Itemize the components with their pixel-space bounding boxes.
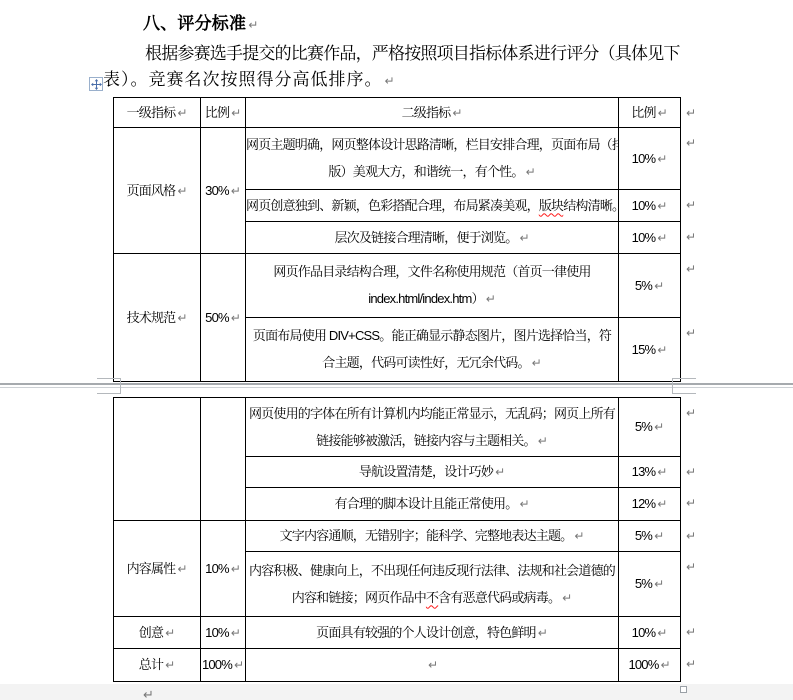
- paragraph-mark-icon: ↵: [686, 465, 696, 479]
- paragraph-mark-icon: ↵: [526, 165, 536, 179]
- paragraph-mark-icon: ↵: [452, 106, 462, 120]
- level1-weight-cell[interactable]: [201, 398, 246, 521]
- level2-indicator-cell[interactable]: 层次及链接合理清晰，便于浏览。↵: [246, 222, 619, 254]
- level1-indicator-cell[interactable]: 页面风格↵: [114, 128, 201, 254]
- row-end-mark: ↵: [681, 222, 703, 254]
- paragraph-mark-icon: ↵: [686, 406, 696, 420]
- paragraph-mark-icon: ↵: [657, 199, 667, 213]
- paragraph-mark-icon: ↵: [177, 562, 187, 576]
- paragraph-mark-icon: ↵: [486, 292, 496, 306]
- paragraph-mark-icon: ↵: [686, 326, 696, 340]
- paragraph-mark-icon: ↵: [385, 74, 395, 88]
- paragraph-mark-icon: ↵: [657, 465, 667, 479]
- paragraph-mark-icon: ↵: [248, 18, 258, 32]
- paragraph-mark-icon: ↵: [654, 529, 664, 543]
- level2-indicator-cell[interactable]: ↵: [246, 649, 619, 682]
- paragraph-mark-icon: ↵: [657, 343, 667, 357]
- level2-weight-cell[interactable]: 13%↵: [619, 457, 681, 488]
- page-bottom-area: [0, 684, 793, 700]
- level2-weight-cell[interactable]: 15%↵: [619, 318, 681, 382]
- paragraph-mark-icon: ↵: [657, 152, 667, 166]
- section-heading[interactable]: 八、评分标准↵: [143, 9, 258, 34]
- level1-weight-cell[interactable]: 30%↵: [201, 128, 246, 254]
- paragraph-mark-icon: ↵: [686, 106, 696, 120]
- paragraph-mark-icon: ↵: [657, 626, 667, 640]
- paragraph-mark-icon: ↵: [177, 311, 187, 325]
- header-cell[interactable]: 二级指标↵: [246, 98, 619, 128]
- paragraph-mark-icon: ↵: [661, 658, 671, 672]
- header-cell[interactable]: 比例↵: [619, 98, 681, 128]
- table-row: 创意↵10%↵页面具有较强的个人设计创意，特色鲜明↵10%↵↵: [114, 617, 703, 649]
- scoring-table-page1: 一级指标↵比例↵二级指标↵比例↵↵页面风格↵30%↵网页主题明确，网页整体设计思…: [113, 97, 703, 382]
- level1-indicator-cell[interactable]: 总计↵: [114, 649, 201, 682]
- paragraph-mark-icon: ↵: [231, 311, 241, 325]
- level2-weight-cell[interactable]: 12%↵: [619, 488, 681, 521]
- paragraph-mark-icon: ↵: [686, 230, 696, 244]
- intro-paragraph-line2[interactable]: 表）。竞赛名次按照得分高低排序。↵: [103, 65, 395, 90]
- section-heading-text: 八、评分标准: [143, 14, 246, 33]
- row-end-mark: ↵: [681, 552, 703, 617]
- row-end-mark: ↵: [681, 254, 703, 318]
- level2-indicator-cell[interactable]: 导航设置清楚，设计巧妙↵: [246, 457, 619, 488]
- level2-weight-cell[interactable]: 5%↵: [619, 552, 681, 617]
- row-end-mark: ↵: [681, 488, 703, 521]
- page-margin-mark-left: [97, 378, 121, 394]
- table-row: 技术规范↵50%↵网页作品目录结构合理，文件名称使用规范（首页一律使用index…: [114, 254, 703, 318]
- row-end-mark: ↵: [681, 190, 703, 222]
- paragraph-mark-icon: ↵: [686, 496, 696, 510]
- level2-indicator-cell[interactable]: 网页作品目录结构合理，文件名称使用规范（首页一律使用index.html/ind…: [246, 254, 619, 318]
- paragraph-mark-icon: ↵: [562, 591, 572, 605]
- level2-weight-cell[interactable]: 10%↵: [619, 222, 681, 254]
- row-end-mark: ↵: [681, 128, 703, 190]
- table-move-handle[interactable]: [89, 77, 103, 91]
- level2-indicator-cell[interactable]: 文字内容通顺，无错别字；能科学、完整地表达主题。↵: [246, 521, 619, 552]
- table-resize-handle[interactable]: [680, 686, 687, 693]
- level2-weight-cell[interactable]: 5%↵: [619, 254, 681, 318]
- level1-indicator-cell[interactable]: 技术规范↵: [114, 254, 201, 382]
- paragraph-mark-icon: ↵: [532, 356, 542, 370]
- paragraph-mark-icon: ↵: [686, 560, 696, 574]
- page-margin-mark-right: [672, 378, 696, 394]
- paragraph-mark-icon: ↵: [519, 497, 529, 511]
- table-header-row: 一级指标↵比例↵二级指标↵比例↵↵: [114, 98, 703, 128]
- level2-weight-cell[interactable]: 5%↵: [619, 398, 681, 457]
- paragraph-mark-icon: ↵: [177, 106, 187, 120]
- paragraph-mark-icon: ↵: [686, 657, 696, 671]
- row-end-mark: ↵: [681, 649, 703, 682]
- paragraph-mark-icon: ↵: [574, 529, 584, 543]
- paragraph-mark-icon: ↵: [231, 184, 241, 198]
- paragraph-mark-icon: ↵: [538, 626, 548, 640]
- row-end-mark: ↵: [681, 521, 703, 552]
- paragraph-mark-icon: ↵: [686, 198, 696, 212]
- scoring-table-page2: 网页使用的字体在所有计算机内均能正常显示，无乱码；网页上所有链接能够被激活，链接…: [113, 397, 703, 682]
- paragraph-mark-icon: ↵: [686, 625, 696, 639]
- table-row: 内容属性↵10%↵文字内容通顺，无错别字；能科学、完整地表达主题。↵5%↵↵: [114, 521, 703, 552]
- spellcheck-underlined-text: 不: [426, 590, 438, 605]
- row-end-mark: ↵: [681, 617, 703, 649]
- paragraph-mark-icon: ↵: [177, 184, 187, 198]
- paragraph-mark-icon: ↵: [686, 529, 696, 543]
- level2-weight-cell[interactable]: 100%↵: [619, 649, 681, 682]
- level1-indicator-cell[interactable]: 创意↵: [114, 617, 201, 649]
- paragraph-mark-icon: ↵: [231, 626, 241, 640]
- paragraph-mark-icon: ↵: [143, 687, 154, 700]
- paragraph-mark-icon: ↵: [654, 420, 664, 434]
- table-row: 网页使用的字体在所有计算机内均能正常显示，无乱码；网页上所有链接能够被激活，链接…: [114, 398, 703, 457]
- intro-paragraph-line2-text: 表）。竞赛名次按照得分高低排序。: [103, 70, 383, 89]
- move-arrows-icon: [91, 79, 102, 90]
- level2-weight-cell[interactable]: 5%↵: [619, 521, 681, 552]
- paragraph-mark-icon: ↵: [654, 279, 664, 293]
- level2-weight-cell[interactable]: 10%↵: [619, 128, 681, 190]
- header-cell[interactable]: 比例↵: [201, 98, 246, 128]
- paragraph-mark-icon: ↵: [231, 106, 241, 120]
- level2-weight-cell[interactable]: 10%↵: [619, 617, 681, 649]
- paragraph-mark-icon: ↵: [165, 626, 175, 640]
- paragraph-mark-icon: ↵: [657, 231, 667, 245]
- level2-indicator-cell[interactable]: 有合理的脚本设计且能正常使用。↵: [246, 488, 619, 521]
- level2-indicator-cell[interactable]: 内容积极、健康向上，不出现任何违反现行法律、法规和社会道德的内容和链接；网页作品…: [246, 552, 619, 617]
- intro-paragraph-line1[interactable]: 根据参赛选手提交的比赛作品，严格按照项目指标体系进行评分（具体见下: [145, 39, 680, 64]
- row-end-mark: ↵: [681, 318, 703, 382]
- row-end-mark: ↵: [681, 398, 703, 457]
- table-row: 页面风格↵30%↵网页主题明确，网页整体设计思路清晰，栏目安排合理，页面布局（排…: [114, 128, 703, 190]
- paragraph-mark-icon: ↵: [519, 231, 529, 245]
- row-end-mark: ↵: [681, 457, 703, 488]
- paragraph-mark-icon: ↵: [231, 562, 241, 576]
- level1-weight-cell[interactable]: 50%↵: [201, 254, 246, 382]
- level1-weight-cell[interactable]: 10%↵: [201, 521, 246, 617]
- table-row: 总计↵100%↵↵100%↵↵: [114, 649, 703, 682]
- level1-weight-cell[interactable]: 10%↵: [201, 617, 246, 649]
- paragraph-mark-icon: ↵: [234, 658, 244, 672]
- paragraph-mark-icon: ↵: [686, 262, 696, 276]
- paragraph-mark-icon: ↵: [428, 658, 438, 672]
- level2-weight-cell[interactable]: 10%↵: [619, 190, 681, 222]
- level2-indicator-cell[interactable]: 网页使用的字体在所有计算机内均能正常显示，无乱码；网页上所有链接能够被激活，链接…: [246, 398, 619, 457]
- level1-indicator-cell[interactable]: 内容属性↵: [114, 521, 201, 617]
- intro-paragraph-line1-text: 根据参赛选手提交的比赛作品，严格按照项目指标体系进行评分（具体见下: [145, 44, 680, 63]
- spellcheck-underlined-text: 版块: [539, 198, 563, 213]
- row-end-mark: ↵: [681, 98, 703, 128]
- paragraph-mark-icon: ↵: [654, 577, 664, 591]
- level1-weight-cell[interactable]: 100%↵: [201, 649, 246, 682]
- paragraph-mark-icon: ↵: [686, 136, 696, 150]
- level2-indicator-cell[interactable]: 网页创意独到、新颖，色彩搭配合理，布局紧凑美观，版块结构清晰。↵: [246, 190, 619, 222]
- header-cell[interactable]: 一级指标↵: [114, 98, 201, 128]
- paragraph-mark-icon: ↵: [165, 658, 175, 672]
- level2-indicator-cell[interactable]: 网页主题明确，网页整体设计思路清晰，栏目安排合理，页面布局（排版）美观大方，和谐…: [246, 128, 619, 190]
- paragraph-mark-icon: ↵: [657, 497, 667, 511]
- paragraph-mark-icon: ↵: [658, 106, 668, 120]
- level2-indicator-cell[interactable]: 页面具有较强的个人设计创意，特色鲜明↵: [246, 617, 619, 649]
- paragraph-mark-icon: ↵: [538, 434, 548, 448]
- level2-indicator-cell[interactable]: 页面布局使用 DIV+CSS。能正确显示静态图片，图片选择恰当，符合主题，代码可…: [246, 318, 619, 382]
- paragraph-mark-icon: ↵: [495, 465, 505, 479]
- level1-indicator-cell[interactable]: [114, 398, 201, 521]
